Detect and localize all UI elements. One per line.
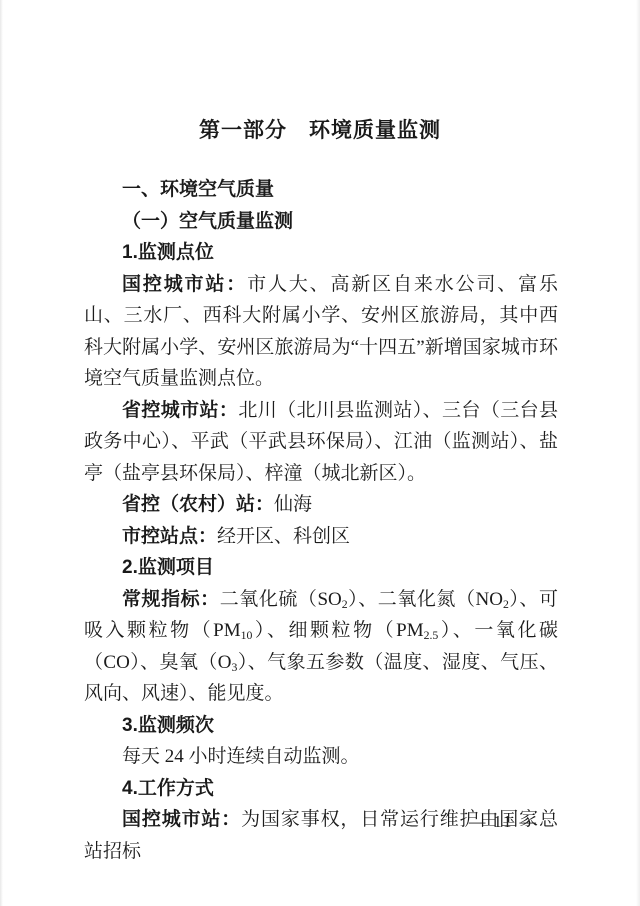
- paragraph-text: 仙海: [274, 494, 312, 515]
- heading-ambient-air-quality: 一、环境空气质量: [84, 174, 558, 206]
- heading-monitoring-items: 2.监测项目: [84, 552, 558, 584]
- paragraph-provincial-city-stations: 省控城市站：北川（北川县监测站）、三台（三台县政务中心）、平武（平武县环保局）、…: [84, 395, 558, 490]
- paragraph-provincial-rural-station: 省控（农村）站：仙海: [84, 489, 558, 521]
- document-page: 第一部分 环境质量监测 一、环境空气质量 （一）空气质量监测 1.监测点位 国控…: [0, 0, 640, 906]
- heading-work-method: 4.工作方式: [84, 773, 558, 805]
- paragraph-routine-indicators: 常规指标：二氧化硫（SO2）、二氧化氮（NO2）、可吸入颗粒物（PM10）、细颗…: [84, 584, 558, 710]
- paragraph-lead: 市控站点：: [122, 526, 217, 547]
- page-number: — 11 —: [84, 812, 558, 832]
- document-body: 一、环境空气质量 （一）空气质量监测 1.监测点位 国控城市站：市人大、高新区自…: [84, 174, 558, 867]
- heading-monitoring-points: 1.监测点位: [84, 237, 558, 269]
- paragraph-lead: 国控城市站：: [122, 274, 247, 295]
- paragraph-lead: 常规指标：: [122, 589, 220, 610]
- paragraph-text: 每天 24 小时连续自动监测。: [122, 746, 360, 767]
- heading-monitoring-frequency: 3.监测频次: [84, 710, 558, 742]
- document-title: 第一部分 环境质量监测: [0, 114, 640, 144]
- paragraph-text: 经开区、科创区: [217, 526, 350, 547]
- paragraph-frequency: 每天 24 小时连续自动监测。: [84, 741, 558, 773]
- heading-air-quality-monitoring: （一）空气质量监测: [84, 206, 558, 238]
- paragraph-lead: 省控（农村）站：: [122, 494, 274, 515]
- paragraph-national-city-stations: 国控城市站：市人大、高新区自来水公司、富乐山、三水厂、西科大附属小学、安州区旅游…: [84, 269, 558, 395]
- paragraph-lead: 省控城市站：: [122, 400, 238, 421]
- paragraph-municipal-stations: 市控站点：经开区、科创区: [84, 521, 558, 553]
